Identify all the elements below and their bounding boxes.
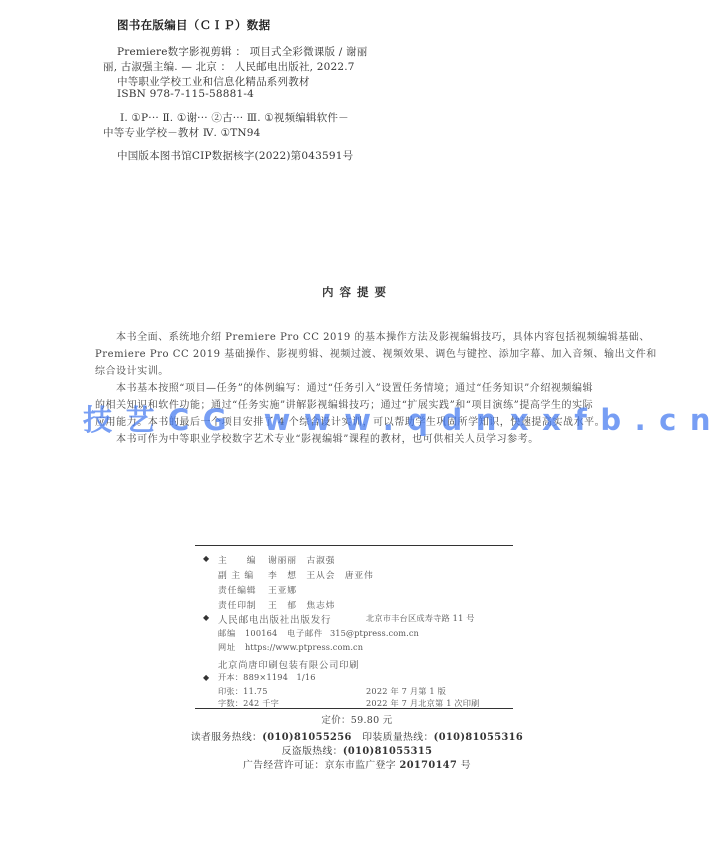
- responsible-editor-label: 责任编辑: [218, 583, 256, 596]
- price: 定价：59.80 元: [0, 712, 714, 726]
- chief-editor-names: 谢丽丽 古淑强: [268, 553, 335, 566]
- watermark: 技艺CG www.qdnxxfb.cn: [83, 398, 714, 439]
- responsible-editor-names: 王亚娜: [268, 583, 297, 596]
- website-link[interactable]: https://www.ptpress.com.cn: [245, 642, 363, 652]
- postcode: 100164: [245, 628, 277, 638]
- email-label: 电子邮件: [287, 628, 323, 639]
- book-format: 开本：889×1194 1/16: [218, 672, 316, 683]
- summary-line: Premiere Pro CC 2019 基础操作、影视剪辑、视频过渡、视频效果…: [95, 345, 657, 360]
- bullet-icon: ◆: [203, 673, 209, 682]
- printed-sheets: 印张：11.75: [218, 686, 268, 697]
- summary-line: 综合设计实训。: [95, 362, 169, 377]
- ad-license-suffix: 号: [461, 760, 471, 771]
- printing-supervisor-names: 王 郁 焦志炜: [268, 598, 335, 611]
- ad-license-label: 广告经营许可证：京东市监广登字: [243, 760, 396, 771]
- reader-hotline-label: 读者服务热线：: [191, 732, 262, 743]
- cip-line-classification-cont: 中等专业学校－教材 Ⅳ. ①TN94: [103, 125, 261, 140]
- summary-line: 本书基本按照“项目—任务”的体例编写：通过“任务引入”设置任务情境；通过“任务知…: [116, 379, 593, 394]
- postcode-label: 邮编: [218, 628, 236, 639]
- summary-title: 内容提要: [0, 284, 714, 300]
- piracy-hotline-label: 反盗版热线：: [282, 746, 343, 757]
- edition: 2022 年 7 月第 1 版: [366, 686, 446, 697]
- hotline-row-2: 反盗版热线：(010)81055315: [0, 743, 714, 757]
- publisher-name: 人民邮电出版社出版发行: [218, 612, 331, 626]
- cip-line-title: Premiere数字影视剪辑 ： 项目式全彩微课版 / 谢丽: [117, 44, 367, 59]
- bullet-icon: ◆: [203, 613, 209, 622]
- printing-supervisor-label: 责任印制: [218, 598, 256, 611]
- hotline-row-1: 读者服务热线：(010)81055256 印装质量热线：(010)8105531…: [0, 729, 714, 743]
- cip-line-record-number: 中国版本图书馆CIP数据核字(2022)第043591号: [117, 148, 353, 163]
- top-rule: [195, 545, 513, 546]
- cip-line-authors: 丽, 古淑强主编. — 北京 ： 人民邮电出版社, 2022.7: [103, 59, 355, 74]
- ad-license-number: 20170147: [400, 760, 458, 771]
- cip-line-isbn: ISBN 978-7-115-58881-4: [117, 88, 254, 100]
- summary-line: 本书全面、系统地介绍 Premiere Pro CC 2019 的基本操作方法及…: [116, 328, 650, 343]
- quality-hotline-label: 印装质量热线：: [362, 732, 433, 743]
- printer-name: 北京尚唐印刷包装有限公司印刷: [218, 657, 359, 671]
- chief-editor-label: 主 编: [218, 553, 256, 566]
- cip-title: 图书在版编目（ＣＩＰ）数据: [117, 17, 270, 33]
- deputy-editor-label: 副 主 编: [218, 568, 254, 581]
- bottom-rule: [195, 708, 513, 709]
- website-label: 网址: [218, 642, 236, 653]
- ad-license-row: 广告经营许可证：京东市监广登字 20170147 号: [0, 757, 714, 771]
- bullet-icon: ◆: [203, 554, 209, 563]
- publisher-address: 北京市丰台区成寿寺路 11 号: [366, 613, 475, 624]
- reader-hotline: (010)81055256: [262, 732, 351, 743]
- deputy-editor-names: 李 想 王从会 唐亚伟: [268, 568, 374, 581]
- email-link[interactable]: 315@ptpress.com.cn: [330, 628, 419, 638]
- cip-line-classification: Ⅰ. ①P··· Ⅱ. ①谢··· ②古··· Ⅲ. ①视频编辑软件－: [120, 110, 349, 125]
- quality-hotline: (010)81055316: [434, 732, 523, 743]
- cip-line-series: 中等职业学校工业和信息化精品系列教材: [117, 74, 310, 89]
- piracy-hotline: (010)81055315: [343, 746, 432, 757]
